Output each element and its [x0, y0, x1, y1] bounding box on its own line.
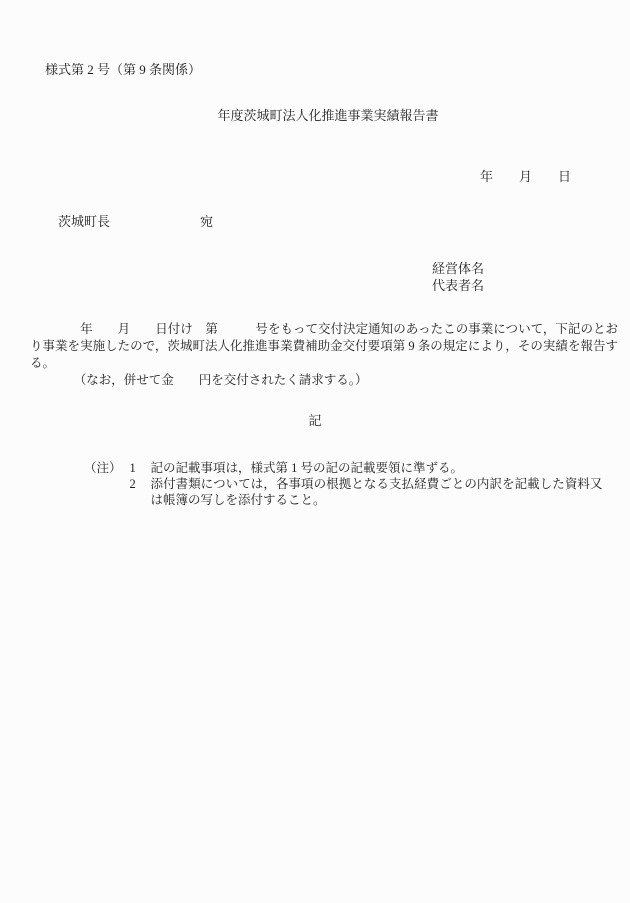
sender-entity-label: 経営体名: [432, 260, 484, 277]
addressee-suffix: 宛: [200, 214, 213, 229]
sender-representative-label: 代表者名: [432, 277, 484, 294]
document-page: 様式第 2 号（第 9 条関係） 年度茨城町法人化推進事業実績報告書 年 月 日…: [0, 0, 630, 903]
form-number-label: 様式第 2 号（第 9 条関係）: [45, 61, 201, 78]
date-blank-field: 年 月 日: [480, 168, 571, 185]
body-paragraph: 年 月 日付け 第 号をもって交付決定通知のあったこの事業について，下記のとおり…: [30, 321, 618, 389]
note-number: 1: [130, 460, 151, 476]
addressee-line: 茨城町長宛: [58, 213, 213, 230]
note-item: 1 記の記載事項は，様式第 1 号の記の記載要領に準ずる。: [130, 460, 603, 476]
notes-block: （注） 1 記の記載事項は，様式第 1 号の記の記載要領に準ずる。 2 添付書類…: [84, 460, 603, 508]
note-text: 記の記載事項は，様式第 1 号の記の記載要領に準ずる。: [151, 460, 603, 476]
notes-label: （注）: [84, 460, 122, 476]
notes-list: 1 記の記載事項は，様式第 1 号の記の記載要領に準ずる。 2 添付書類について…: [130, 460, 603, 508]
section-marker-ki: 記: [0, 412, 630, 429]
note-item: 2 添付書類については，各事項の根拠となる支払経費ごとの内訳を記載した資料又は帳…: [130, 476, 603, 508]
document-title: 年度茨城町法人化推進事業実績報告書: [0, 107, 630, 124]
note-text: 添付書類については，各事項の根拠となる支払経費ごとの内訳を記載した資料又は帳簿の…: [151, 476, 603, 508]
addressee-name: 茨城町長: [58, 214, 110, 229]
note-number: 2: [130, 476, 151, 492]
sender-block: 経営体名 代表者名: [432, 260, 484, 294]
